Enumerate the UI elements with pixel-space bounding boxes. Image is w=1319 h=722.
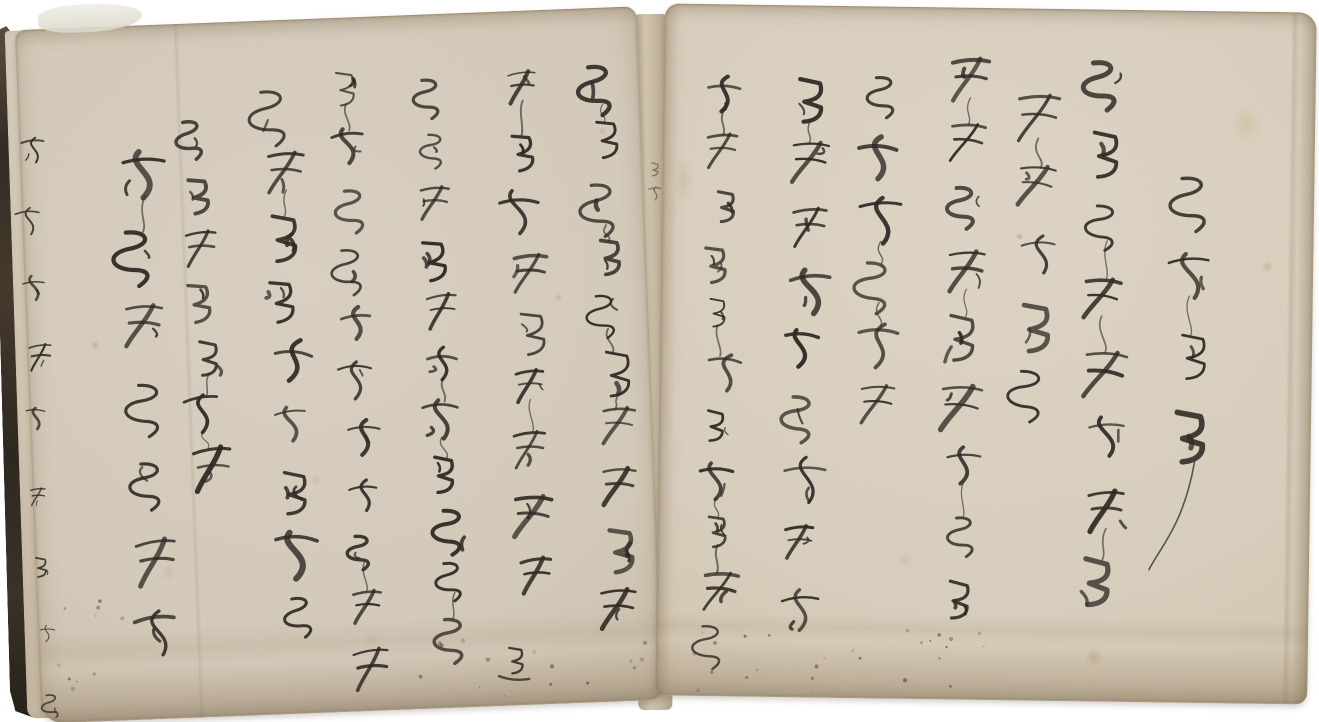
left-page bbox=[15, 6, 663, 722]
right-page bbox=[655, 3, 1317, 704]
manuscript-spread bbox=[0, 0, 1319, 722]
